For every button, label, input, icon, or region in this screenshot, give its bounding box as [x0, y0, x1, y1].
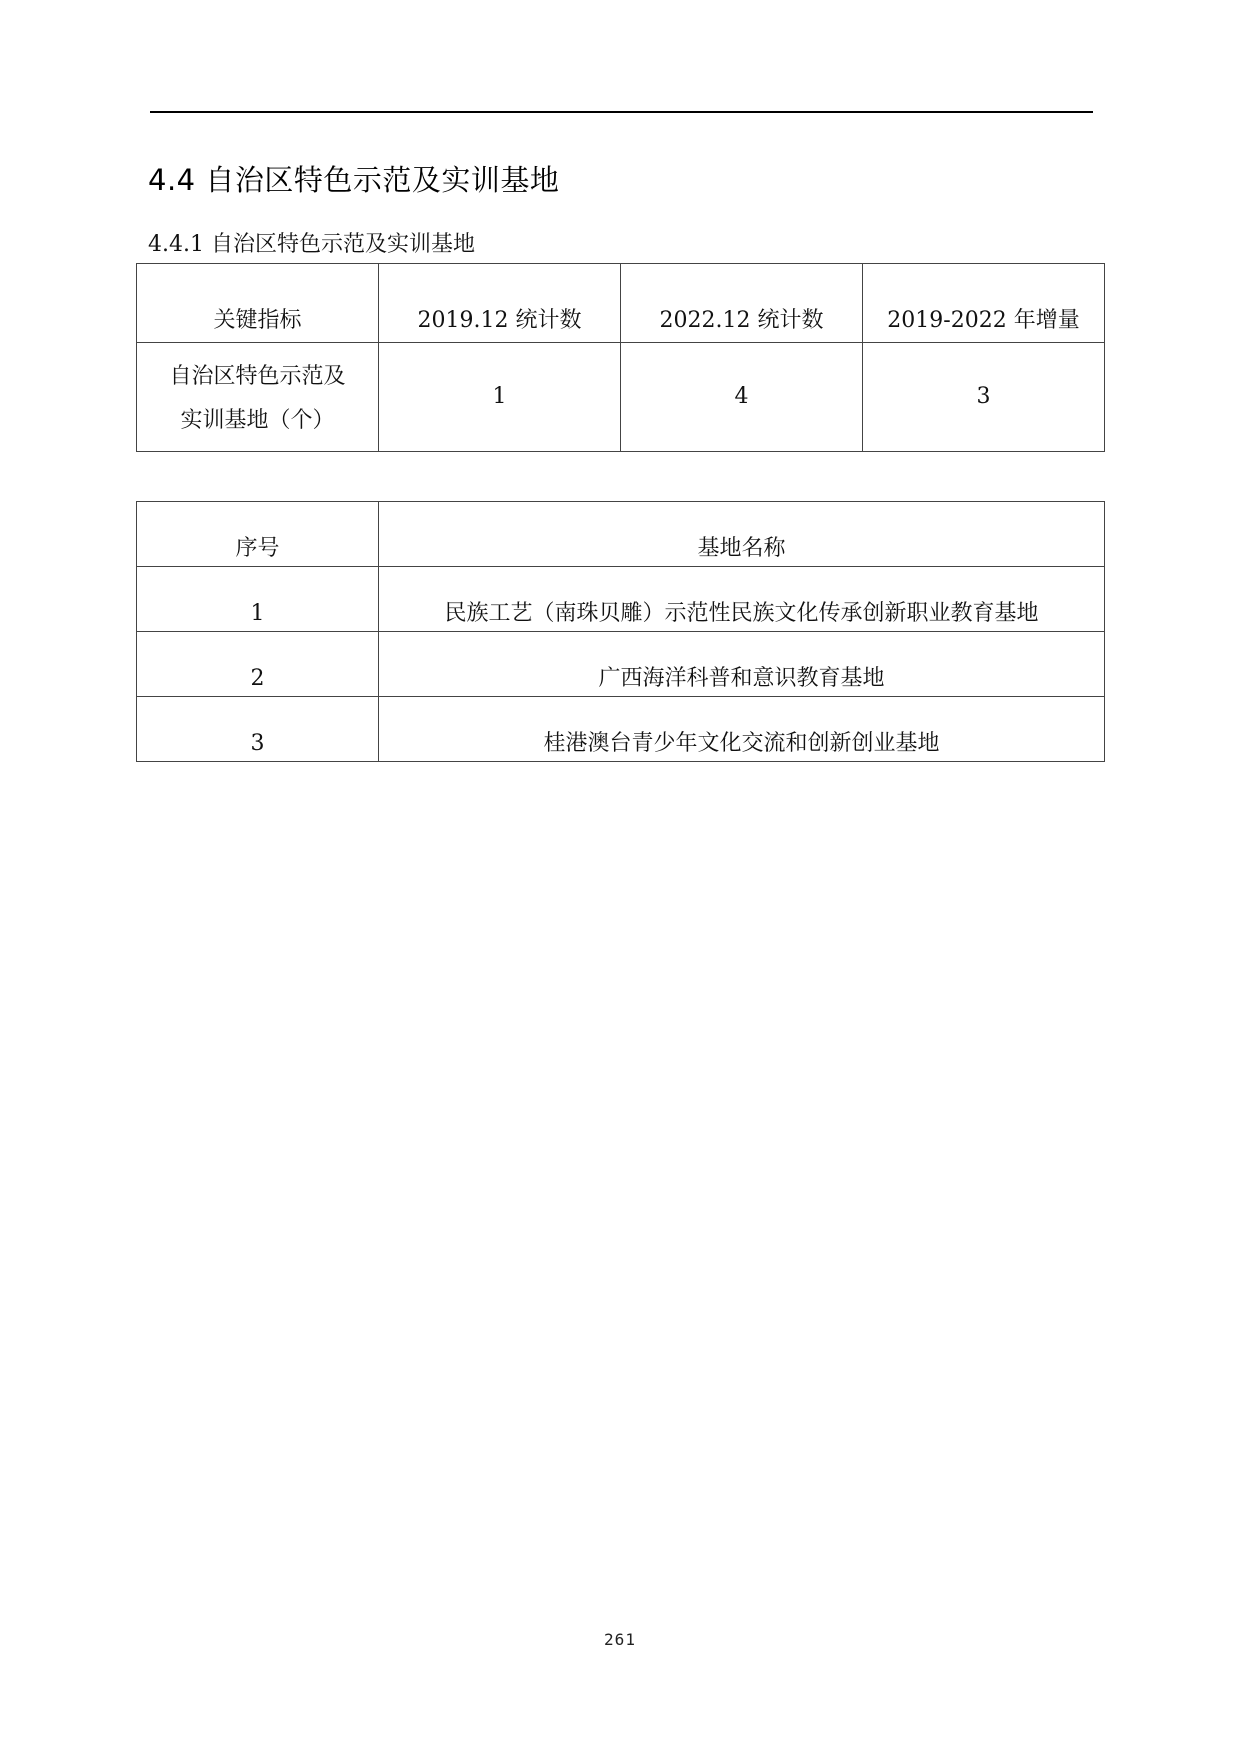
row-base-name: 民族工艺（南珠贝雕）示范性民族文化传承创新职业教育基地	[379, 567, 1105, 632]
header-2019-count: 2019.12 统计数	[379, 264, 621, 343]
value-2022: 4	[621, 343, 863, 452]
row-index: 2	[137, 632, 379, 697]
table-header-row: 序号 基地名称	[137, 502, 1105, 567]
header-2022-count: 2022.12 统计数	[621, 264, 863, 343]
subsection-title: 4.4.1 自治区特色示范及实训基地	[148, 228, 475, 262]
indicator-label: 自治区特色示范及 实训基地（个）	[137, 343, 379, 452]
value-2019: 1	[379, 343, 621, 452]
page-number: 261	[0, 1630, 1240, 1649]
table-row: 3 桂港澳台青少年文化交流和创新创业基地	[137, 697, 1105, 762]
header-rule	[150, 111, 1093, 113]
value-increase: 3	[863, 343, 1105, 452]
header-base-name: 基地名称	[379, 502, 1105, 567]
header-increase: 2019-2022 年增量	[863, 264, 1105, 343]
row-index: 3	[137, 697, 379, 762]
row-base-name: 桂港澳台青少年文化交流和创新创业基地	[379, 697, 1105, 762]
table-header-row: 关键指标 2019.12 统计数 2022.12 统计数 2019-2022 年…	[137, 264, 1105, 343]
header-index: 序号	[137, 502, 379, 567]
table-row: 2 广西海洋科普和意识教育基地	[137, 632, 1105, 697]
row-base-name: 广西海洋科普和意识教育基地	[379, 632, 1105, 697]
table-row: 1 民族工艺（南珠贝雕）示范性民族文化传承创新职业教育基地	[137, 567, 1105, 632]
header-key-indicator: 关键指标	[137, 264, 379, 343]
row-index: 1	[137, 567, 379, 632]
base-list-table: 序号 基地名称 1 民族工艺（南珠贝雕）示范性民族文化传承创新职业教育基地 2 …	[136, 501, 1105, 762]
section-title: 4.4 自治区特色示范及实训基地	[148, 160, 559, 200]
indicator-table: 关键指标 2019.12 统计数 2022.12 统计数 2019-2022 年…	[136, 263, 1105, 452]
table-row: 自治区特色示范及 实训基地（个） 1 4 3	[137, 343, 1105, 452]
indicator-label-line2: 实训基地（个）	[137, 399, 378, 443]
indicator-label-line1: 自治区特色示范及	[137, 355, 378, 399]
